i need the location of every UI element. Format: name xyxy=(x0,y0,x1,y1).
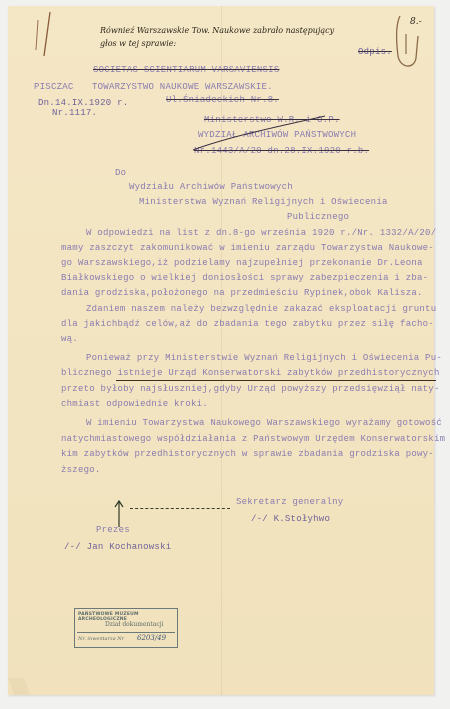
paper-fold xyxy=(221,6,222,695)
handwritten-note-line1: Równieź Warszawskie Tow. Naukowe zabrało… xyxy=(100,26,334,35)
body-line: natychmiastowego współdziałania z Państw… xyxy=(61,434,445,445)
stamp-department: Dział dokumentacji xyxy=(105,621,164,628)
body-line: blicznego istnieje Urząd Konserwatorski … xyxy=(61,368,440,379)
body-line: Zdaniem naszem należy bezwzględnie zakaz… xyxy=(86,304,436,315)
body-line: przeto byłoby najsłuszniej,gdyby Urząd p… xyxy=(61,384,440,395)
body-line: chmiast odpowiednie kroki. xyxy=(61,399,208,410)
latin-society-name: SOCIETAS SCIENTIARUM VARSAVIENSIS xyxy=(93,65,279,76)
body-line: mamy zaszczyt zakomunikować w imieniu za… xyxy=(61,243,434,254)
page-number: 8.- xyxy=(410,17,422,27)
recipient-line1: Wydziału Archiwów Państwowych xyxy=(129,182,293,193)
cross-out-stroke xyxy=(191,112,331,154)
recipient-line2: Ministerstwa Wyznań Religijnych i Oświec… xyxy=(139,197,388,208)
body-line: dania grodziska,położonego na przedmieśc… xyxy=(61,288,423,299)
society-address: Ul.Śniadeckich Nr.8. xyxy=(166,95,279,106)
society-name: TOWARZYSTWO NAUKOWE WARSZAWSKIE. xyxy=(92,82,273,93)
letter-number: Nr.1117. xyxy=(52,108,97,119)
dashed-connector xyxy=(130,508,230,509)
body-line: W odpowiedzi na list z dn.8-go września … xyxy=(86,228,436,239)
body-line: W imieniu Towarzystwa Naukowego Warszaws… xyxy=(86,418,442,429)
stamp-inventory-number: 6203/49 xyxy=(137,634,166,642)
body-line: Ponieważ przy Ministerstwie Wyznań Relig… xyxy=(86,353,442,364)
body-line: Białkowskiego o wielkiej doniosłości spr… xyxy=(61,273,428,284)
body-line: ższego. xyxy=(61,465,101,476)
handwritten-underline xyxy=(116,380,436,381)
handwritten-note-line2: głos w tej sprawie: xyxy=(100,39,176,48)
body-line: kim zabytków przedhistorycznych w sprawi… xyxy=(61,449,434,460)
president-title: Prezes xyxy=(96,525,130,536)
president-name: /-/ Jan Kochanowski xyxy=(64,542,171,553)
body-line: dla jakichbądź celów,aż do zbadania tego… xyxy=(61,319,434,330)
letterhead-left-label: PISCZAC xyxy=(34,82,74,93)
archive-stamp: PAŃSTWOWE MUZEUM ARCHEOLOGICZNE Dział do… xyxy=(74,608,178,648)
secretary-name: /-/ K.Stołyhwo xyxy=(251,514,330,525)
clip-mark-icon xyxy=(28,10,58,60)
recipient-to: Do xyxy=(115,168,126,179)
stamp-inventory-label: Nr. inwentarza Nr xyxy=(78,636,124,642)
copy-mark: Odpis. xyxy=(358,47,392,58)
folded-corner xyxy=(8,678,30,695)
stamp-rule xyxy=(77,632,175,633)
recipient-line3: Publicznego xyxy=(287,212,349,223)
body-line: go Warszawskiego,iż podzielamy najzupełn… xyxy=(61,258,423,269)
document-page: 8.- Równieź Warszawskie Tow. Naukowe zab… xyxy=(8,6,434,695)
secretary-title: Sekretarz generalny xyxy=(236,497,343,508)
body-line: wą. xyxy=(61,334,78,345)
